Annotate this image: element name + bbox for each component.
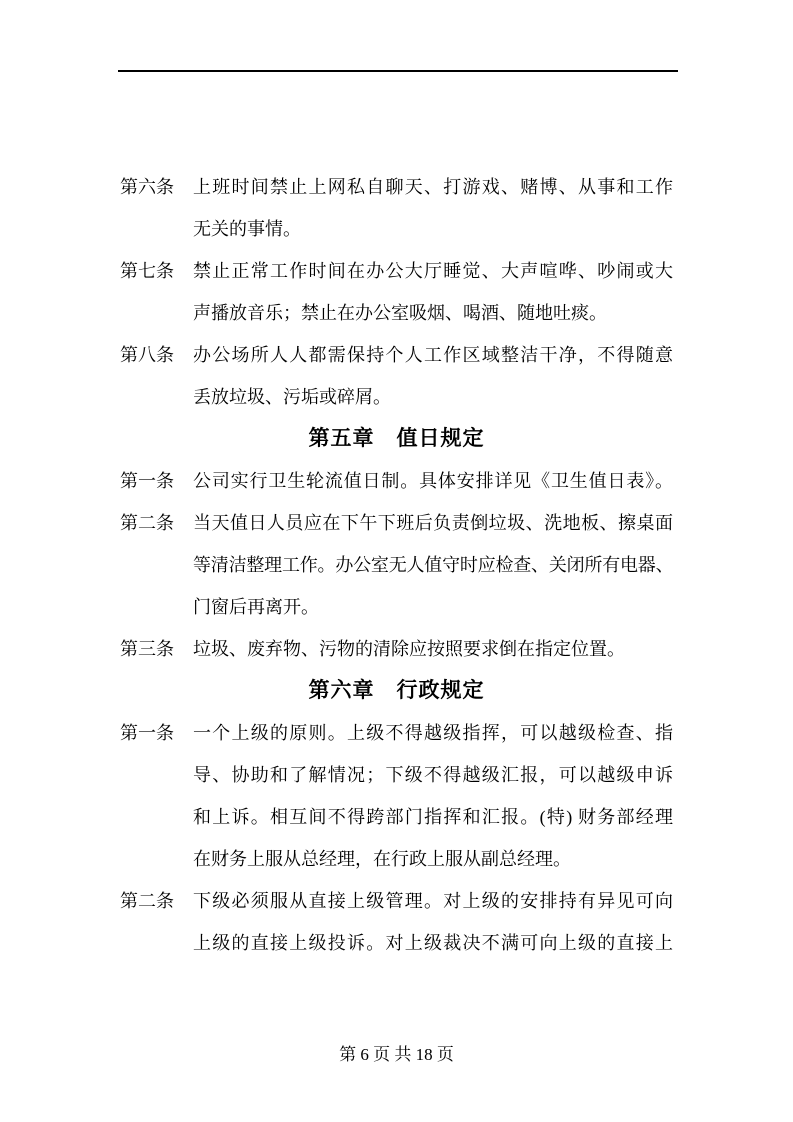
article-line: 丢放垃圾、污垢或碎屑。 xyxy=(193,376,673,418)
article-label: 第一条 xyxy=(120,712,174,754)
article-label: 第一条 xyxy=(120,460,174,502)
article-line: 禁止正常工作时间在办公大厅睡觉、大声喧哗、吵闹或大 xyxy=(193,250,673,292)
article-label: 第六条 xyxy=(120,166,174,208)
page-footer: 第 6 页 共 18 页 xyxy=(0,1034,793,1076)
article-label: 第三条 xyxy=(120,628,174,670)
chapter-heading: 第五章 值日规定 xyxy=(120,418,673,460)
article-line: 和上诉。相互间不得跨部门指挥和汇报。(特) 财务部经理 xyxy=(193,796,673,838)
article-line: 上级的直接上级投诉。对上级裁决不满可向上级的直接上 xyxy=(193,922,673,964)
article-line: 门窗后再离开。 xyxy=(193,586,673,628)
article: 第二条 当天值日人员应在下午下班后负责倒垃圾、洗地板、擦桌面 等清洁整理工作。办… xyxy=(120,502,673,628)
article-line: 等清洁整理工作。办公室无人值守时应检查、关闭所有电器、 xyxy=(193,544,673,586)
document-content: 第六条 上班时间禁止上网私自聊天、打游戏、赌博、从事和工作 无关的事情。 第七条… xyxy=(120,166,673,964)
article: 第一条 一个上级的原则。上级不得越级指挥，可以越级检查、指 导、协助和了解情况；… xyxy=(120,712,673,880)
article-line: 公司实行卫生轮流值日制。具体安排详见《卫生值日表》。 xyxy=(193,460,673,502)
article: 第六条 上班时间禁止上网私自聊天、打游戏、赌博、从事和工作 无关的事情。 xyxy=(120,166,673,250)
article-label: 第二条 xyxy=(120,880,174,922)
article-line: 下级必须服从直接上级管理。对上级的安排持有异见可向 xyxy=(193,880,673,922)
article-line: 办公场所人人都需保持个人工作区域整洁干净，不得随意 xyxy=(193,334,673,376)
article: 第三条 垃圾、废弃物、污物的清除应按照要求倒在指定位置。 xyxy=(120,628,673,670)
article: 第一条 公司实行卫生轮流值日制。具体安排详见《卫生值日表》。 xyxy=(120,460,673,502)
article-label: 第二条 xyxy=(120,502,174,544)
chapter-heading: 第六章 行政规定 xyxy=(120,670,673,712)
article-line: 在财务上服从总经理，在行政上服从副总经理。 xyxy=(193,838,673,880)
article: 第七条 禁止正常工作时间在办公大厅睡觉、大声喧哗、吵闹或大 声播放音乐；禁止在办… xyxy=(120,250,673,334)
article: 第二条 下级必须服从直接上级管理。对上级的安排持有异见可向 上级的直接上级投诉。… xyxy=(120,880,673,964)
article: 第八条 办公场所人人都需保持个人工作区域整洁干净，不得随意 丢放垃圾、污垢或碎屑… xyxy=(120,334,673,418)
article-line: 当天值日人员应在下午下班后负责倒垃圾、洗地板、擦桌面 xyxy=(193,502,673,544)
document-page: 第六条 上班时间禁止上网私自聊天、打游戏、赌博、从事和工作 无关的事情。 第七条… xyxy=(0,0,793,1122)
article-label: 第七条 xyxy=(120,250,174,292)
article-label: 第八条 xyxy=(120,334,174,376)
article-line: 声播放音乐；禁止在办公室吸烟、喝酒、随地吐痰。 xyxy=(193,292,673,334)
article-line: 上班时间禁止上网私自聊天、打游戏、赌博、从事和工作 xyxy=(193,166,673,208)
article-line: 垃圾、废弃物、污物的清除应按照要求倒在指定位置。 xyxy=(193,628,673,670)
header-rule xyxy=(118,70,678,72)
article-line: 一个上级的原则。上级不得越级指挥，可以越级检查、指 xyxy=(193,712,673,754)
article-line: 导、协助和了解情况；下级不得越级汇报，可以越级申诉 xyxy=(193,754,673,796)
article-line: 无关的事情。 xyxy=(193,208,673,250)
